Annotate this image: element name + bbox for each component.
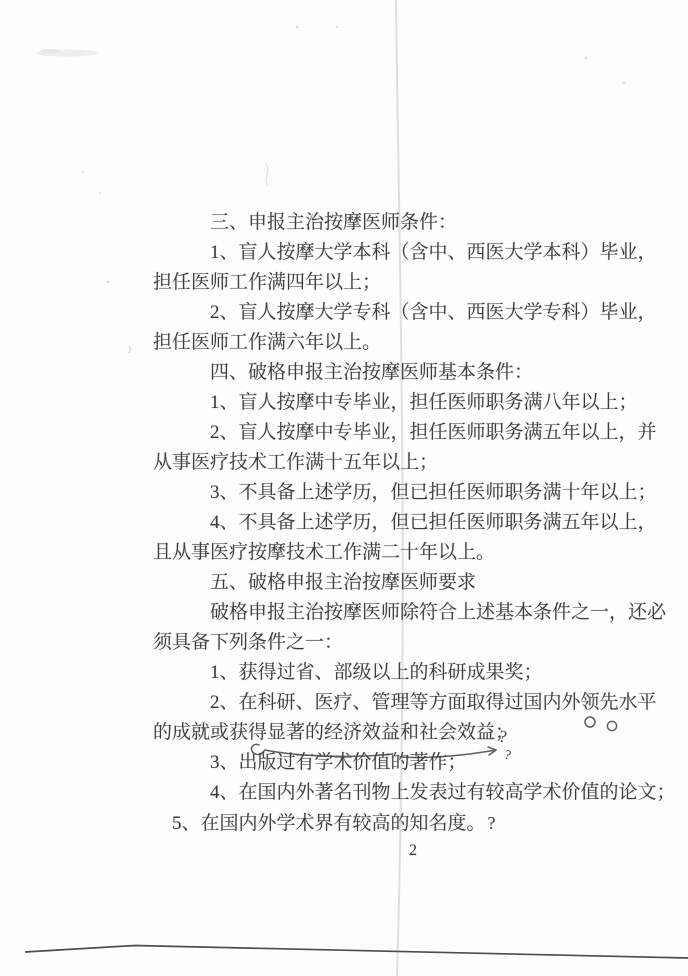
scan-smudge (36, 50, 98, 57)
text-line: 三、申报主治按摩医师条件： (153, 208, 683, 238)
scan-speck (336, 26, 338, 28)
text-line: 破格申报主治按摩医师除符合上述基本条件之一，还必 (153, 598, 683, 628)
text-line: 4、在国内外著名刊物上发表过有较高学术价值的论文； (153, 778, 683, 808)
text-line: 4、不具备上述学历，但已担任医师职务满五年以上， (153, 508, 683, 538)
scan-smudge (40, 49, 60, 53)
text-line: 2、盲人按摩大学专科（含中、西医大学专科）毕业， (153, 298, 683, 328)
text-line: 五、破格申报主治按摩医师要求 (153, 568, 683, 598)
text-line: 担任医师工作满四年以上； (153, 268, 683, 298)
scanned-page: 三、申报主治按摩医师条件： 1、盲人按摩大学本科（含中、西医大学本科）毕业， 担… (0, 0, 688, 976)
text-line-content: 5、在国内外学术界有较高的知名度。 (172, 813, 486, 834)
inline-question-mark: ? (486, 813, 496, 833)
scan-speck (296, 26, 299, 29)
text-line: 5、在国内外学术界有较高的知名度。? (153, 808, 683, 838)
text-line: 1、盲人按摩中专毕业，担任医师职务满八年以上； (153, 388, 683, 418)
text-line: 3、出版过有学术价值的著作； (153, 748, 683, 778)
text-line: 2、盲人按摩中专毕业，担任医师职务满五年以上，并 (153, 418, 683, 448)
text-line: 3、不具备上述学历，但已担任医师职务满十年以上； (153, 478, 683, 508)
text-line: 1、盲人按摩大学本科（含中、西医大学本科）毕业， (153, 238, 683, 268)
text-line: 从事医疗技术工作满十五年以上； (153, 448, 683, 478)
scan-speck (266, 163, 268, 186)
text-line: 的成就或获得显著的经济效益和社会效益； (153, 718, 683, 748)
scan-speck (585, 57, 588, 60)
text-line: 四、破格申报主治按摩医师基本条件： (153, 358, 683, 388)
text-line: 须具备下列条件之一： (153, 628, 683, 658)
scan-speck (623, 82, 626, 85)
text-line: 2、在科研、医疗、管理等方面取得过国内外领先水平 (153, 688, 683, 718)
scan-speck (82, 171, 84, 173)
page-bottom-edge (25, 946, 688, 959)
scan-speck (107, 281, 110, 284)
text-line: 担任医师工作满六年以上。 (153, 328, 683, 358)
scan-speck (129, 346, 131, 353)
scan-speck (99, 192, 101, 194)
page-number: 2 (409, 842, 418, 860)
text-line: 且从事医疗按摩技术工作满二十年以上。 (153, 538, 683, 568)
text-line: 1、获得过省、部级以上的科研成果奖； (153, 658, 683, 688)
document-text: 三、申报主治按摩医师条件： 1、盲人按摩大学本科（含中、西医大学本科）毕业， 担… (153, 208, 683, 838)
